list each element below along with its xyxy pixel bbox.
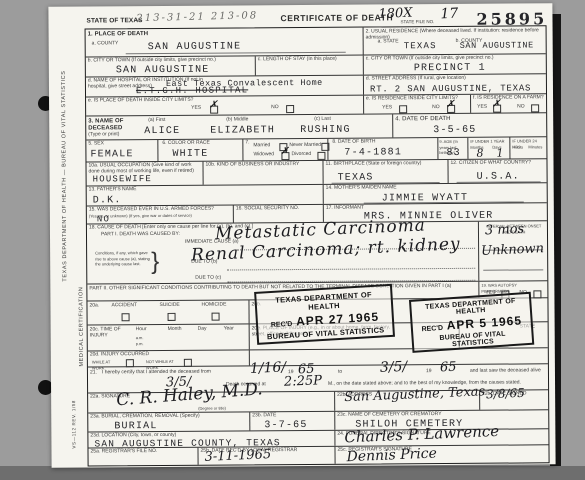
age-value: 83 (446, 148, 460, 159)
date-of-death-label: 4. DATE OF DEATH (395, 116, 450, 123)
certify-text-1: I hereby certify that I attended the dec… (102, 370, 211, 376)
death-time-handwritten: 2:25P (284, 373, 323, 390)
not-while-at-work-checkbox (184, 359, 192, 367)
received-stamp-apr-27: TEXAS DEPARTMENT OF HEALTH REC'D APR 27 … (254, 284, 395, 345)
accident-checkbox (122, 313, 130, 321)
cell-hospital: d. NAME OF HOSPITAL OR INSTITUTION (If n… (86, 76, 364, 97)
attended-from-date: 1/16/ (250, 359, 287, 377)
cell-name-of-deceased: 3. NAME OF DECEASED (Type or print) (a) … (86, 114, 393, 139)
cell-mother: 14. MOTHER'S MAIDEN NAME JIMMIE WYATT (324, 183, 547, 204)
cell-birthplace: 11. BIRTHPLACE (State or foreign country… (323, 160, 448, 184)
cell-length-of-stay: c. LENGTH OF STAY (In this place) (256, 56, 364, 76)
cell-under-24-hrs: IF UNDER 24 HRS. Hours Minutes (510, 137, 546, 158)
middle-name-value: ELIZABETH (210, 125, 275, 136)
scanned-death-certificate: TEXAS DEPARTMENT OF HEALTH — BUREAU OF V… (0, 0, 585, 480)
name-sublabel: (Type or print) (88, 132, 119, 138)
street-address-label: d. STREET ADDRESS (If rural, give locati… (366, 75, 542, 82)
cell-registrar-file-no: 25a. REGISTRAR'S FILE NO. (88, 448, 198, 466)
first-name-value: ALICE (144, 126, 180, 137)
registrar-date-handwritten: 3-11-1965 (204, 447, 271, 465)
cell-date-of-birth: 8. DATE OF BIRTH 7-4-1881 (328, 138, 438, 160)
length-of-stay-label: c. LENGTH OF STAY (In this place) (258, 57, 358, 63)
certificate-title: CERTIFICATE OF DEATH (280, 14, 393, 21)
farm-no-checkbox (531, 104, 539, 112)
autopsy-no-checkbox (533, 290, 541, 298)
interval-a-handwritten: 3 mos (485, 222, 525, 239)
handwritten-file-number: 17 (440, 6, 458, 23)
date-of-birth-value: 7-4-1881 (344, 147, 402, 158)
attended-to-date: 3/5/ (380, 359, 408, 376)
cell-burial-type: 23a. BURIAL, CREMATION, REMOVAL (Specify… (88, 412, 250, 431)
due-to-c-label: DUE TO (c) (195, 276, 221, 282)
cell-date-of-death: 4. DATE OF DEATH 3-5-65 (393, 113, 546, 137)
death-limits-yes-checkbox: ✗ (210, 106, 218, 114)
armed-forces-value: NO (97, 214, 110, 224)
death-limits-no-checkbox (286, 105, 294, 113)
death-limits-label: e. IS PLACE OF DEATH INSIDE CITY LIMITS? (88, 98, 193, 104)
cell-death-city: b. CITY OR TOWN (If outside city limits,… (86, 56, 256, 76)
residence-state-value: TEXAS (404, 41, 437, 51)
county-label: a. COUNTY (92, 41, 119, 47)
date-of-death-value: 3-5-65 (433, 125, 476, 136)
scan-bottom-band (0, 466, 585, 480)
cell-burial-location: 23d. LOCATION (City, town, or county) SA… (88, 431, 335, 448)
while-at-work-checkbox (126, 359, 134, 367)
residence-limits-no-checkbox: ✗ (447, 105, 455, 113)
burial-value: BURIAL (114, 421, 157, 432)
cell-residence-farm: f. IS RESIDENCE ON A FARM? YES ✗ NO (471, 94, 546, 113)
residence-state-label: a. STATE (378, 39, 399, 45)
conditions-brace: } (151, 248, 159, 276)
margin-dept-text: TEXAS DEPARTMENT OF HEALTH — BUREAU OF V… (61, 70, 68, 281)
attended-to-year: 65 (440, 360, 457, 376)
cell-father: 13. FATHER'S NAME D.K. (87, 185, 324, 206)
cell-armed-forces: 15. WAS DECEASED EVER IN U.S. ARMED FORC… (87, 205, 234, 223)
race-value: WHITE (172, 149, 208, 160)
row-registrar: 25a. REGISTRAR'S FILE NO. 25b. DATE REC'… (88, 445, 548, 465)
widowed-mark: ✗ (280, 146, 288, 157)
margin-medical-text: MEDICAL CERTIFICATION (78, 286, 85, 366)
cell-place-of-death: 1. PLACE OF DEATH a. COUNTY SAN AUGUSTIN… (86, 28, 364, 57)
certificate-form: 1. PLACE OF DEATH a. COUNTY SAN AUGUSTIN… (85, 25, 550, 466)
death-limits-yes-mark: ✗ (209, 100, 217, 111)
cell-burial-date: 23b. DATE 3-7-65 (250, 412, 335, 431)
cell-sex: 5. SEX FEMALE (86, 140, 158, 162)
residence-limits-yes-checkbox (399, 105, 407, 113)
days-value: 1 (496, 146, 504, 159)
cell-injury-occurred: 20d. INJURY OCCURRED WHILE AT WORK NOT W… (88, 350, 250, 366)
sex-value: FEMALE (90, 149, 133, 160)
death-city-value: SAN AUGUSTINE (116, 65, 210, 77)
cell-marital-status: 7. Married Never Married Widowed ✗ Divor… (243, 139, 328, 161)
hospital-new-name: East Texas Convalescent Home (166, 78, 323, 89)
father-name-value: D.K. (93, 195, 122, 206)
margin-form-number: VS—112 REV. 1/58 (71, 400, 76, 449)
cell-citizen: 12. CITIZEN OF WHAT COUNTRY? U.S.A. (448, 159, 546, 183)
burial-date-value: 3-7-65 (264, 420, 307, 431)
residence-city-label: c. CITY OR TOWN (If outside city limits,… (366, 55, 542, 62)
months-value: 8 (476, 147, 484, 160)
farm-label: f. IS RESIDENCE ON A FARM? (473, 95, 545, 101)
cell-residence-city: c. CITY OR TOWN (If outside city limits,… (364, 54, 546, 74)
state-file-no-label: STATE FILE NO. (400, 19, 434, 25)
date-signed-handwritten: 3/8/65 (486, 386, 525, 402)
pencil-annotation: 213-31-21 213-08 (136, 10, 258, 24)
cell-under-one-year: IF UNDER 1 YEAR Months Days 8 1 (468, 138, 510, 159)
suicide-checkbox (168, 313, 176, 321)
homicide-checkbox (212, 313, 220, 321)
cell-race: 6. COLOR OR RACE WHITE (158, 139, 243, 161)
last-name-value: RUSHING (300, 125, 350, 136)
widowed-checkbox: ✗ (281, 152, 289, 160)
row-demographics: 5. SEX FEMALE 6. COLOR OR RACE WHITE 7. … (86, 137, 546, 162)
cell-death-city-limits: e. IS PLACE OF DEATH INSIDE CITY LIMITS?… (86, 96, 364, 116)
street-address-value: RT. 2 SAN AUGUSTINE, TEXAS (370, 83, 531, 94)
cell-street-address: d. STREET ADDRESS (If rural, give locati… (364, 74, 546, 94)
cell-manner: 20a. ACCIDENT SUICIDE HOMICIDE (87, 300, 249, 324)
received-stamp-apr-5: TEXAS DEPARTMENT OF HEALTH REC'D APR 5 1… (409, 292, 534, 353)
cell-industry: 10b. KIND OF BUSINESS OR INDUSTRY (203, 161, 323, 185)
divorced-checkbox (317, 152, 325, 160)
residence-county-value: SAN AUGUSTINE (460, 40, 534, 51)
conditions-note: Conditions, if any, which gave rise to a… (95, 250, 151, 267)
cell-age: 9. AGE (In years last birthday) 83 (438, 138, 468, 159)
farm-yes-checkbox: ✗ (493, 105, 501, 113)
row-name-dod: 3. NAME OF DECEASED (Type or print) (a) … (86, 113, 546, 140)
death-city-label: b. CITY OR TOWN (If outside city limits,… (88, 57, 252, 64)
place-of-death-label: 1. PLACE OF DEATH (88, 31, 149, 38)
interval-b-handwritten: Unknown (481, 241, 544, 259)
certify-text-2: and last saw the deceased alive (470, 368, 546, 374)
cell-usual-residence: 2. USUAL RESIDENCE (Where deceased lived… (364, 26, 546, 54)
occupation-value: HOUSEWIFE (93, 174, 152, 184)
cell-occupation: 10a. USUAL OCCUPATION (Give kind of work… (86, 162, 203, 186)
cell-time-of-injury: 20c. TIME OF INJURY Hour a.m. p.m. Month… (88, 324, 250, 350)
row-occupation: 10a. USUAL OCCUPATION (Give kind of work… (86, 159, 546, 186)
row-place-residence: 1. PLACE OF DEATH a. COUNTY SAN AUGUSTIN… (86, 26, 546, 57)
state-of-texas-label: STATE OF TEXAS (86, 18, 142, 25)
residence-city-value: PRECINCT 1 (414, 63, 486, 75)
certificate-sheet: TEXAS DEPARTMENT OF HEALTH — BUREAU OF V… (48, 3, 555, 468)
name-label: 3. NAME OF DECEASED (88, 118, 138, 131)
cell-residence-city-limits: e. IS RESIDENCE INSIDE CITY LIMITS? YES … (364, 95, 471, 114)
county-value: SAN AUGUSTINE (148, 41, 242, 53)
